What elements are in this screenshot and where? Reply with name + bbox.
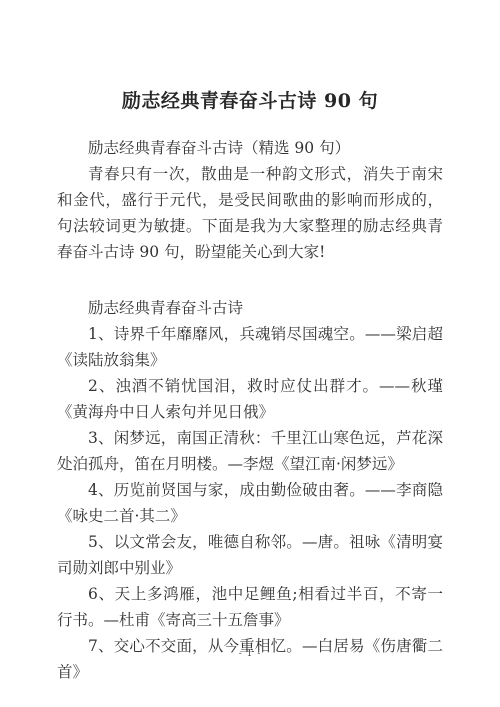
- page-number: - 1 -: [0, 648, 500, 660]
- poem-item-6: 6、天上多鸿雁，池中足鲤鱼;相看过半百，不寄一行书。—杜甫《寄高三十五詹事》: [57, 581, 443, 633]
- document-title: 励志经典青春奋斗古诗 90 句: [57, 13, 443, 113]
- section-heading: 励志经典青春奋斗古诗: [57, 295, 443, 321]
- poem-item-5: 5、以文常会友，唯德自称邻。—唐。祖咏《清明宴司勋刘郎中别业》: [57, 529, 443, 581]
- poem-item-2: 2、浊酒不销忧国泪，救时应仗出群才。——秋瑾《黄海舟中日人索句并见日俄》: [57, 373, 443, 425]
- intro-heading: 励志经典青春奋斗古诗（精选 90 句）: [57, 135, 443, 161]
- poem-item-3: 3、闲梦远，南国正清秋：千里江山寒色远，芦花深处泊孤舟，笛在月明楼。—李煜《望江…: [57, 425, 443, 477]
- document-page: 励志经典青春奋斗古诗 90 句 励志经典青春奋斗古诗（精选 90 句） 青春只有…: [0, 0, 500, 707]
- intro-paragraph: 青春只有一次，散曲是一种韵文形式，消失于南宋和金代，盛行于元代，是受民间歌曲的影…: [57, 161, 443, 265]
- poem-item-4: 4、历览前贤国与家，成由勤俭破由奢。——李商隐《咏史二首·其二》: [57, 477, 443, 529]
- document-content: 励志经典青春奋斗古诗 90 句 励志经典青春奋斗古诗（精选 90 句） 青春只有…: [0, 13, 500, 685]
- poem-item-1: 1、诗界千年靡靡风，兵魂销尽国魂空。——梁启超《读陆放翁集》: [57, 321, 443, 373]
